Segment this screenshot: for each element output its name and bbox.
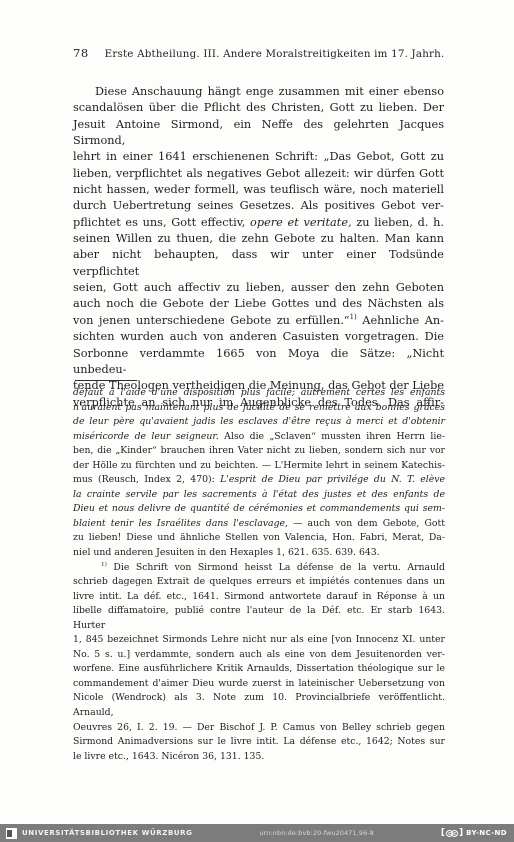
text-line: nicht hassen, weder formell, was teuflis…	[73, 182, 444, 198]
text-line: schrieb dagegen Extrait de quelques erre…	[73, 575, 445, 590]
text-line: aber nicht behaupten, dass wir unter ein…	[73, 247, 444, 280]
footnotes: défaut à l'aide d'une disposition plus f…	[73, 386, 445, 764]
text-line: von jenen unterschiedene Gebote zu erfül…	[73, 313, 444, 329]
text-line: le livre etc., 1643. Nicéron 36, 131. 13…	[73, 750, 445, 765]
text-line: de leur père qu'avaient jadis les esclav…	[73, 415, 445, 430]
text-line: pflichtet es uns, Gott effectiv, opere e…	[73, 215, 444, 231]
creative-commons-icon: cc	[446, 830, 458, 837]
text-line: zu lieben! Diese und ähnliche Stellen vo…	[73, 531, 445, 546]
text-line: niel und anderen Jesuiten in den Hexaple…	[73, 546, 445, 561]
text-line: défaut à l'aide d'une disposition plus f…	[73, 386, 445, 401]
footnote-continuation: défaut à l'aide d'une disposition plus f…	[73, 386, 445, 561]
text-line: auch noch die Gebote der Liebe Gottes un…	[73, 296, 444, 312]
running-header: 78 Erste Abtheilung. III. Andere Moralst…	[73, 46, 444, 60]
text-line: blaient tenir les Israélites dans l'escl…	[73, 517, 445, 532]
text-line: ben, die „Kinder“ brauchen ihren Vater n…	[73, 444, 445, 459]
text-line: n'auraient pas maintenant plus de facili…	[73, 401, 445, 416]
text-line: miséricorde de leur seigneur. Also die „…	[73, 430, 445, 445]
text-line: 1, 845 bezeichnet Sirmonds Lehre nicht n…	[73, 633, 445, 648]
text-line: worfene. Eine ausführlichere Kritik Arna…	[73, 662, 445, 677]
text-line: 1) Die Schrift von Sirmond heisst La déf…	[73, 561, 445, 576]
license-label: BY-NC-ND	[466, 829, 507, 837]
scanned-book-page: 78 Erste Abtheilung. III. Andere Moralst…	[0, 0, 514, 842]
digitization-footer-bar: UNIVERSITÄTSBIBLIOTHEK WÜRZBURG urn:nbn:…	[0, 824, 514, 842]
text-line: Diese Anschauung hängt enge zusammen mit…	[73, 84, 444, 100]
text-line: livre intit. La déf. etc., 1641. Sirmond…	[73, 590, 445, 605]
text-line: Sorbonne verdammte 1665 von Moya die Sät…	[73, 346, 444, 379]
text-line: scandalösen über die Pflicht des Christe…	[73, 100, 444, 116]
footnote-1: 1) Die Schrift von Sirmond heisst La déf…	[73, 561, 445, 765]
text-line: Sirmond Animadversions sur le livre inti…	[73, 735, 445, 750]
text-line: lehrt in einer 1641 erschienenen Schrift…	[73, 149, 444, 165]
text-line: Jesuit Antoine Sirmond, ein Neffe des ge…	[73, 117, 444, 150]
text-line: Oeuvres 26, I. 2. 19. — Der Bischof J. P…	[73, 721, 445, 736]
text-line: lieben, verpflichtet als negatives Gebot…	[73, 166, 444, 182]
text-line: Dieu et nous delivre de quantité de céré…	[73, 502, 445, 517]
text-line: mus (Reusch, Index 2, 470): L'esprit de …	[73, 473, 445, 488]
cc-bracket-left: [	[441, 829, 445, 838]
cc-license-badge: [ cc ] BY-NC-ND	[441, 829, 507, 838]
text-line: sichten wurden auch von anderen Casuiste…	[73, 329, 444, 345]
text-line: der Hölle zu fürchten und zu beichten. —…	[73, 459, 445, 474]
footnote-separator-rule	[75, 380, 137, 381]
text-line: libelle diffamatoire, publié contre l'au…	[73, 604, 445, 633]
text-line: seinen Willen zu thuen, die zehn Gebote …	[73, 231, 444, 247]
page-number: 78	[73, 46, 89, 60]
text-line: la crainte servile par les sacrements à …	[73, 488, 445, 503]
urn-identifier: urn:nbn:de:bvb:20-fwu20471,96-8	[259, 830, 374, 837]
library-name: UNIVERSITÄTSBIBLIOTHEK WÜRZBURG	[22, 829, 193, 837]
text-line: seien, Gott auch affectiv zu lieben, aus…	[73, 280, 444, 296]
text-line: commandement d'aimer Dieu wurde zuerst i…	[73, 677, 445, 692]
cc-bracket-right: ]	[459, 829, 463, 838]
body-text: Diese Anschauung hängt enge zusammen mit…	[73, 84, 444, 411]
text-line: durch Uebertretung seines Gesetzes. Als …	[73, 198, 444, 214]
library-logo-icon	[6, 828, 17, 839]
text-line: Nicole (Wendrock) als 3. Note zum 10. Pr…	[73, 691, 445, 720]
running-title: Erste Abtheilung. III. Andere Moralstrei…	[105, 48, 445, 60]
text-line: No. 5 s. u.] verdammte, sondern auch als…	[73, 648, 445, 663]
